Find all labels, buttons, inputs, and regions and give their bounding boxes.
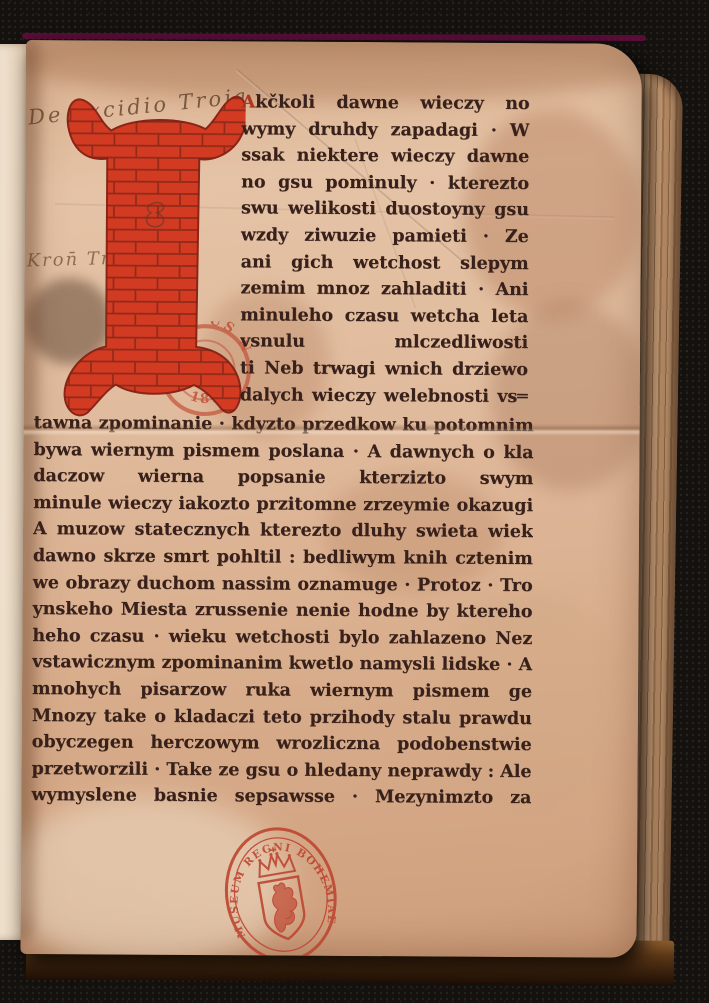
text-line: mnohych pisarzow ruka wiernym pismem ge … (32, 676, 532, 706)
museum-regni-bohemiae-stamp: MUSEUM REGNI BOHEMIAE (210, 815, 352, 958)
photograph-of-incunabulum-page: De excidio Troja Kron̄ Trojanů US N 1818 (0, 0, 709, 1003)
text-line: przetworzili · Take ze gsu o hledany nep… (31, 756, 531, 786)
text-line: Akčkoli dawne wieczy no (242, 89, 530, 117)
text-line: dalych wieczy welebnosti vs═ (240, 382, 528, 410)
text-line: heho czasu · wieku wetchosti bylo zahlaz… (32, 623, 532, 653)
text-line: wymy druhdy zapadagi · W (241, 116, 529, 144)
text-line: swu welikosti duostoyny gsu (241, 196, 529, 224)
text-line: daczow wierna popsanie kterzizto swym za… (33, 463, 533, 493)
text-column-beside-initial: Akčkoli dawne wieczy no wymy druhdy zapa… (240, 89, 530, 410)
text-line: A muzow statecznych kterezto dluhy swiet… (33, 516, 533, 546)
manuscript-page: De excidio Troja Kron̄ Trojanů US N 1818 (20, 40, 642, 958)
text-line: vsnulu mlczedliwosti zawrzie═ (240, 329, 528, 357)
text-line: ynskeho Miesta zrussenie nenie hodne by … (32, 596, 532, 626)
text-line: no gsu pominuly · kterezto (241, 169, 529, 197)
text-line: wymyslene basnie sepsawsse · Mezynimzto … (31, 782, 531, 812)
text-line: vstawicznym zpominanim kwetlo namysli li… (32, 649, 532, 679)
text-line: we obrazy duchom nassim oznamuge · Proto… (33, 570, 533, 600)
text-line: zemim mnoz zahladiti · Ani (240, 275, 528, 303)
text-line: wzdy ziwuzie pamieti · Ze (241, 222, 529, 250)
text-line: ti Neb trwagi wnich drziewo (240, 355, 528, 383)
text-block-full-width: tawna zpominanie · kdyzto przedkow ku po… (31, 410, 533, 812)
text-line: minuleho czasu wetcha leta (240, 302, 528, 330)
illuminated-initial-I (58, 84, 246, 421)
text-line: ssak niektere wieczy dawne daw (241, 143, 529, 171)
text-line: ani gich wetchost slepym vkry (241, 249, 529, 277)
text-line: bywa wiernym pismem poslana · A dawnych … (33, 437, 533, 467)
initial-brick-pattern (64, 96, 245, 417)
horizontal-fold (24, 424, 640, 436)
text-line: dawno skrze smrt pohltil : bedliwym knih… (33, 543, 533, 573)
text-line: Mnozy take o kladaczi teto przihody stal… (32, 703, 532, 733)
text-line: minule wieczy iakozto przitomne zrzeymie… (33, 490, 533, 520)
text-line: obyczegen herczowym wrozliczna podobenst… (32, 729, 532, 759)
bohemian-lion-icon (268, 881, 301, 933)
